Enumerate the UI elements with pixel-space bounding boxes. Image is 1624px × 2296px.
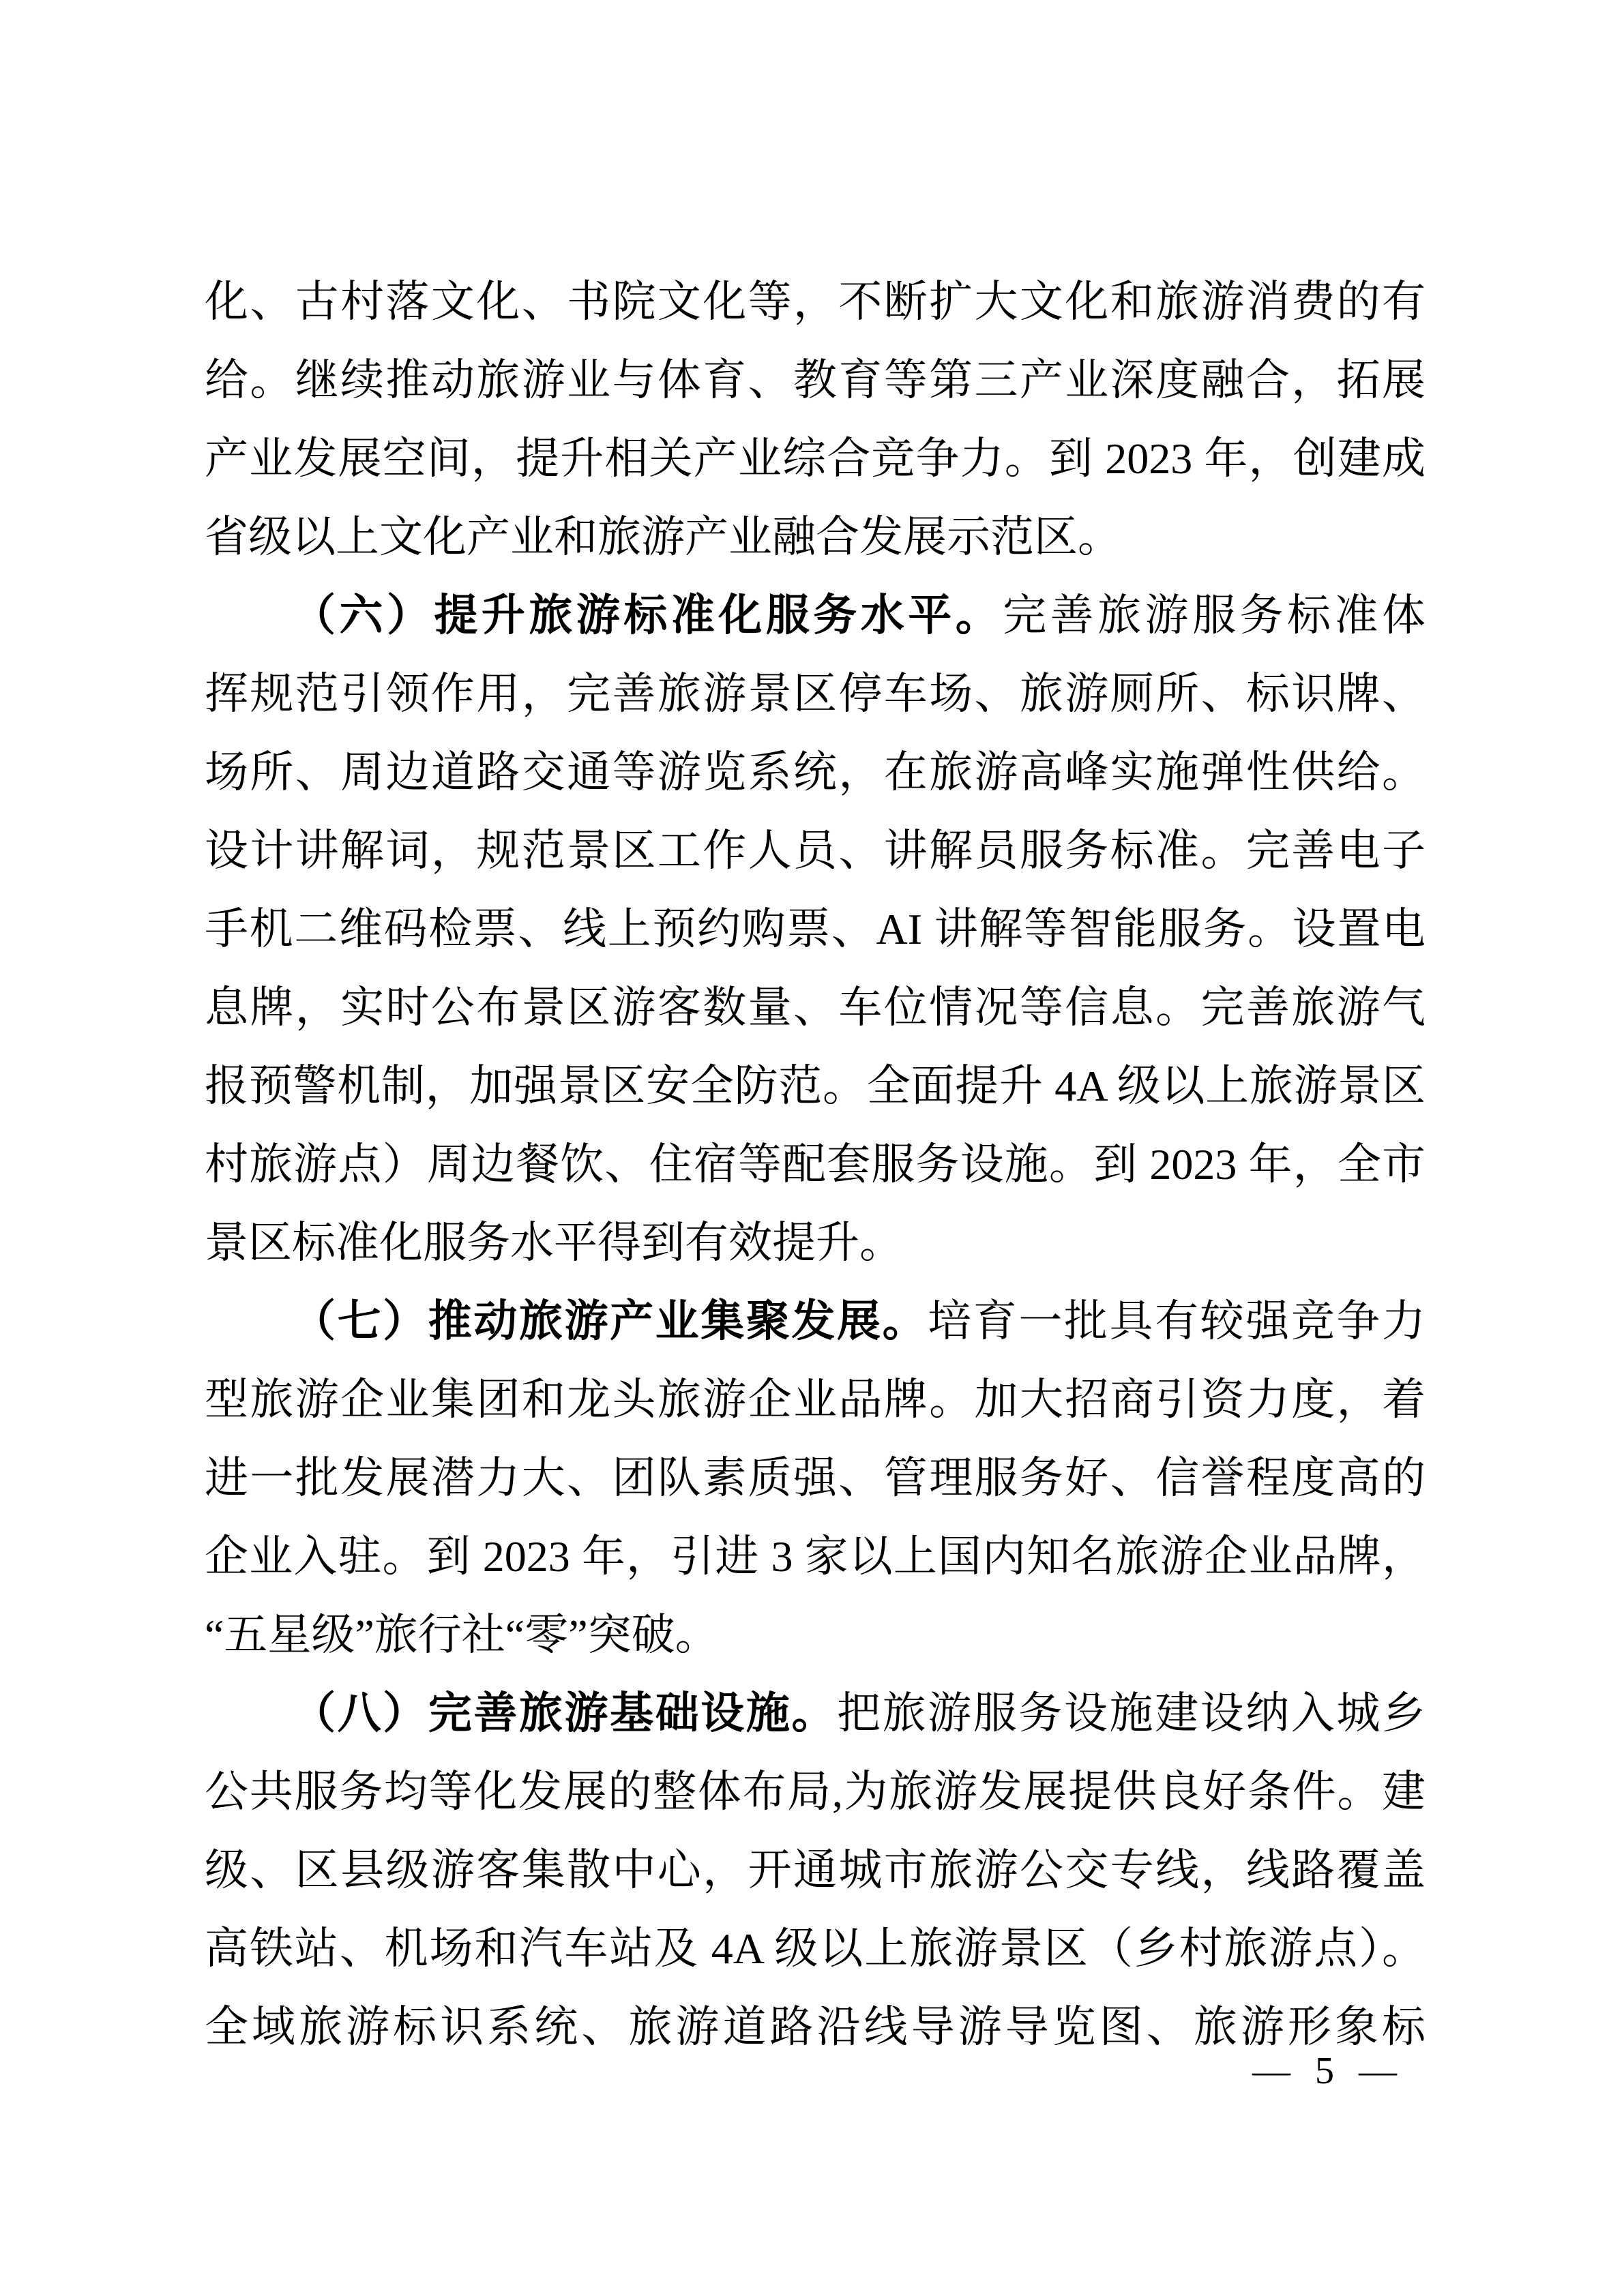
text-line: 设计讲解词，规范景区工作人员、讲解员服务标准。完善电子支付、 xyxy=(205,811,1426,890)
line-text: 设计讲解词，规范景区工作人员、讲解员服务标准。完善电子支付、 xyxy=(205,826,1426,890)
text-line: 景区标准化服务水平得到有效提升。 xyxy=(205,1204,1426,1282)
line-text: 省级以上文化产业和旅游产业融合发展示范区。 xyxy=(205,513,1121,561)
text-line: 公共服务均等化发展的整体布局,为旅游发展提供良好条件。建设市 xyxy=(205,1753,1426,1831)
line-text: 型旅游企业集团和龙头旅游企业品牌。加大招商引资力度，着力引 xyxy=(205,1375,1426,1439)
line-text: 景区标准化服务水平得到有效提升。 xyxy=(205,1219,903,1267)
text-line: 给。继续推动旅游业与体育、教育等第三产业深度融合，拓展旅游 xyxy=(205,341,1426,419)
text-line: 型旅游企业集团和龙头旅游企业品牌。加大招商引资力度，着力引 xyxy=(205,1360,1426,1439)
line-text: 村旅游点）周边餐饮、住宿等配套服务设施。到 2023 年，全市旅游 xyxy=(205,1140,1426,1204)
text-line: 全域旅游标识系统、旅游道路沿线导游导览图、旅游形象标识、景 xyxy=(205,1988,1426,2066)
text-block: 化、古村落文化、书院文化等，不断扩大文化和旅游消费的有效供 给。继续推动旅游业与… xyxy=(205,263,1426,2066)
line-text: 手机二维码检票、线上预约购票、AI 讲解等智能服务。设置电子信 xyxy=(205,905,1426,968)
line-text: 企业入驻。到 2023 年，引进 3 家以上国内知名旅游企业品牌，实现 xyxy=(205,1532,1426,1596)
text-line: 企业入驻。到 2023 年，引进 3 家以上国内知名旅游企业品牌，实现 xyxy=(205,1517,1426,1596)
text-line: 级、区县级游客集散中心，开通城市旅游公交专线，线路覆盖城区、 xyxy=(205,1831,1426,1909)
line-text: 进一批发展潜力大、团队素质强、管理服务好、信誉程度高的旅游 xyxy=(205,1454,1426,1517)
text-line: 进一批发展潜力大、团队素质强、管理服务好、信誉程度高的旅游 xyxy=(205,1439,1426,1517)
text-line: 省级以上文化产业和旅游产业融合发展示范区。 xyxy=(205,498,1426,576)
line-text: 场所、周边道路交通等游览系统，在旅游高峰实施弹性供给。合理 xyxy=(205,748,1426,811)
line-text: 给。继续推动旅游业与体育、教育等第三产业深度融合，拓展旅游 xyxy=(205,356,1426,419)
line-text: 息牌，实时公布景区游客数量、车位情况等信息。完善旅游气象预 xyxy=(205,983,1426,1047)
text-line: 高铁站、机场和汽车站及 4A 级以上旅游景区（乡村旅游点）。完善 xyxy=(205,1909,1426,1988)
text-line-section-8-heading: （八）完善旅游基础设施。把旅游服务设施建设纳入城乡基本 xyxy=(205,1674,1426,1753)
text-line: 产业发展空间，提升相关产业综合竞争力。到 2023 年，创建成 3 家 xyxy=(205,419,1426,498)
line-text: “五星级”旅行社“零”突破。 xyxy=(205,1611,719,1659)
line-text: 产业发展空间，提升相关产业综合竞争力。到 2023 年，创建成 3 家 xyxy=(205,434,1426,498)
line-text: 级、区县级游客集散中心，开通城市旅游公交专线，线路覆盖城区、 xyxy=(205,1846,1426,1909)
text-line: 报预警机制，加强景区安全防范。全面提升 4A 级以上旅游景区（乡 xyxy=(205,1047,1426,1125)
text-line: 手机二维码检票、线上预约购票、AI 讲解等智能服务。设置电子信 xyxy=(205,890,1426,968)
line-text: 公共服务均等化发展的整体布局,为旅游发展提供良好条件。建设市 xyxy=(205,1768,1426,1831)
line-text: 化、古村落文化、书院文化等，不断扩大文化和旅游消费的有效供 xyxy=(205,278,1426,341)
heading-bold-text: （八）完善旅游基础设施。 xyxy=(292,1689,837,1738)
text-line: 挥规范引领作用，完善旅游景区停车场、旅游厕所、标识牌、休闲 xyxy=(205,655,1426,733)
line-text: 高铁站、机场和汽车站及 4A 级以上旅游景区（乡村旅游点）。完善 xyxy=(205,1924,1426,1988)
text-line: 化、古村落文化、书院文化等，不断扩大文化和旅游消费的有效供 xyxy=(205,263,1426,341)
line-text: 报预警机制，加强景区安全防范。全面提升 4A 级以上旅游景区（乡 xyxy=(205,1062,1426,1125)
line-text: 挥规范引领作用，完善旅游景区停车场、旅游厕所、标识牌、休闲 xyxy=(205,670,1426,733)
text-line: “五星级”旅行社“零”突破。 xyxy=(205,1596,1426,1674)
line-text: 全域旅游标识系统、旅游道路沿线导游导览图、旅游形象标识、景 xyxy=(205,2003,1426,2066)
text-line-section-7-heading: （七）推动旅游产业集聚发展。培育一批具有较强竞争力的大 xyxy=(205,1282,1426,1360)
footer-page-number: — 5 — xyxy=(1252,2049,1397,2093)
text-line: 息牌，实时公布景区游客数量、车位情况等信息。完善旅游气象预 xyxy=(205,968,1426,1047)
heading-bold-text: （六）提升旅游标准化服务水平。 xyxy=(292,591,1003,640)
text-line: 村旅游点）周边餐饮、住宿等配套服务设施。到 2023 年，全市旅游 xyxy=(205,1125,1426,1204)
heading-bold-text: （七）推动旅游产业集聚发展。 xyxy=(292,1297,928,1345)
text-line: 场所、周边道路交通等游览系统，在旅游高峰实施弹性供给。合理 xyxy=(205,733,1426,811)
document-page: 化、古村落文化、书院文化等，不断扩大文化和旅游消费的有效供 给。继续推动旅游业与… xyxy=(0,0,1624,2296)
text-line-section-6-heading: （六）提升旅游标准化服务水平。完善旅游服务标准体系，发 xyxy=(205,576,1426,655)
